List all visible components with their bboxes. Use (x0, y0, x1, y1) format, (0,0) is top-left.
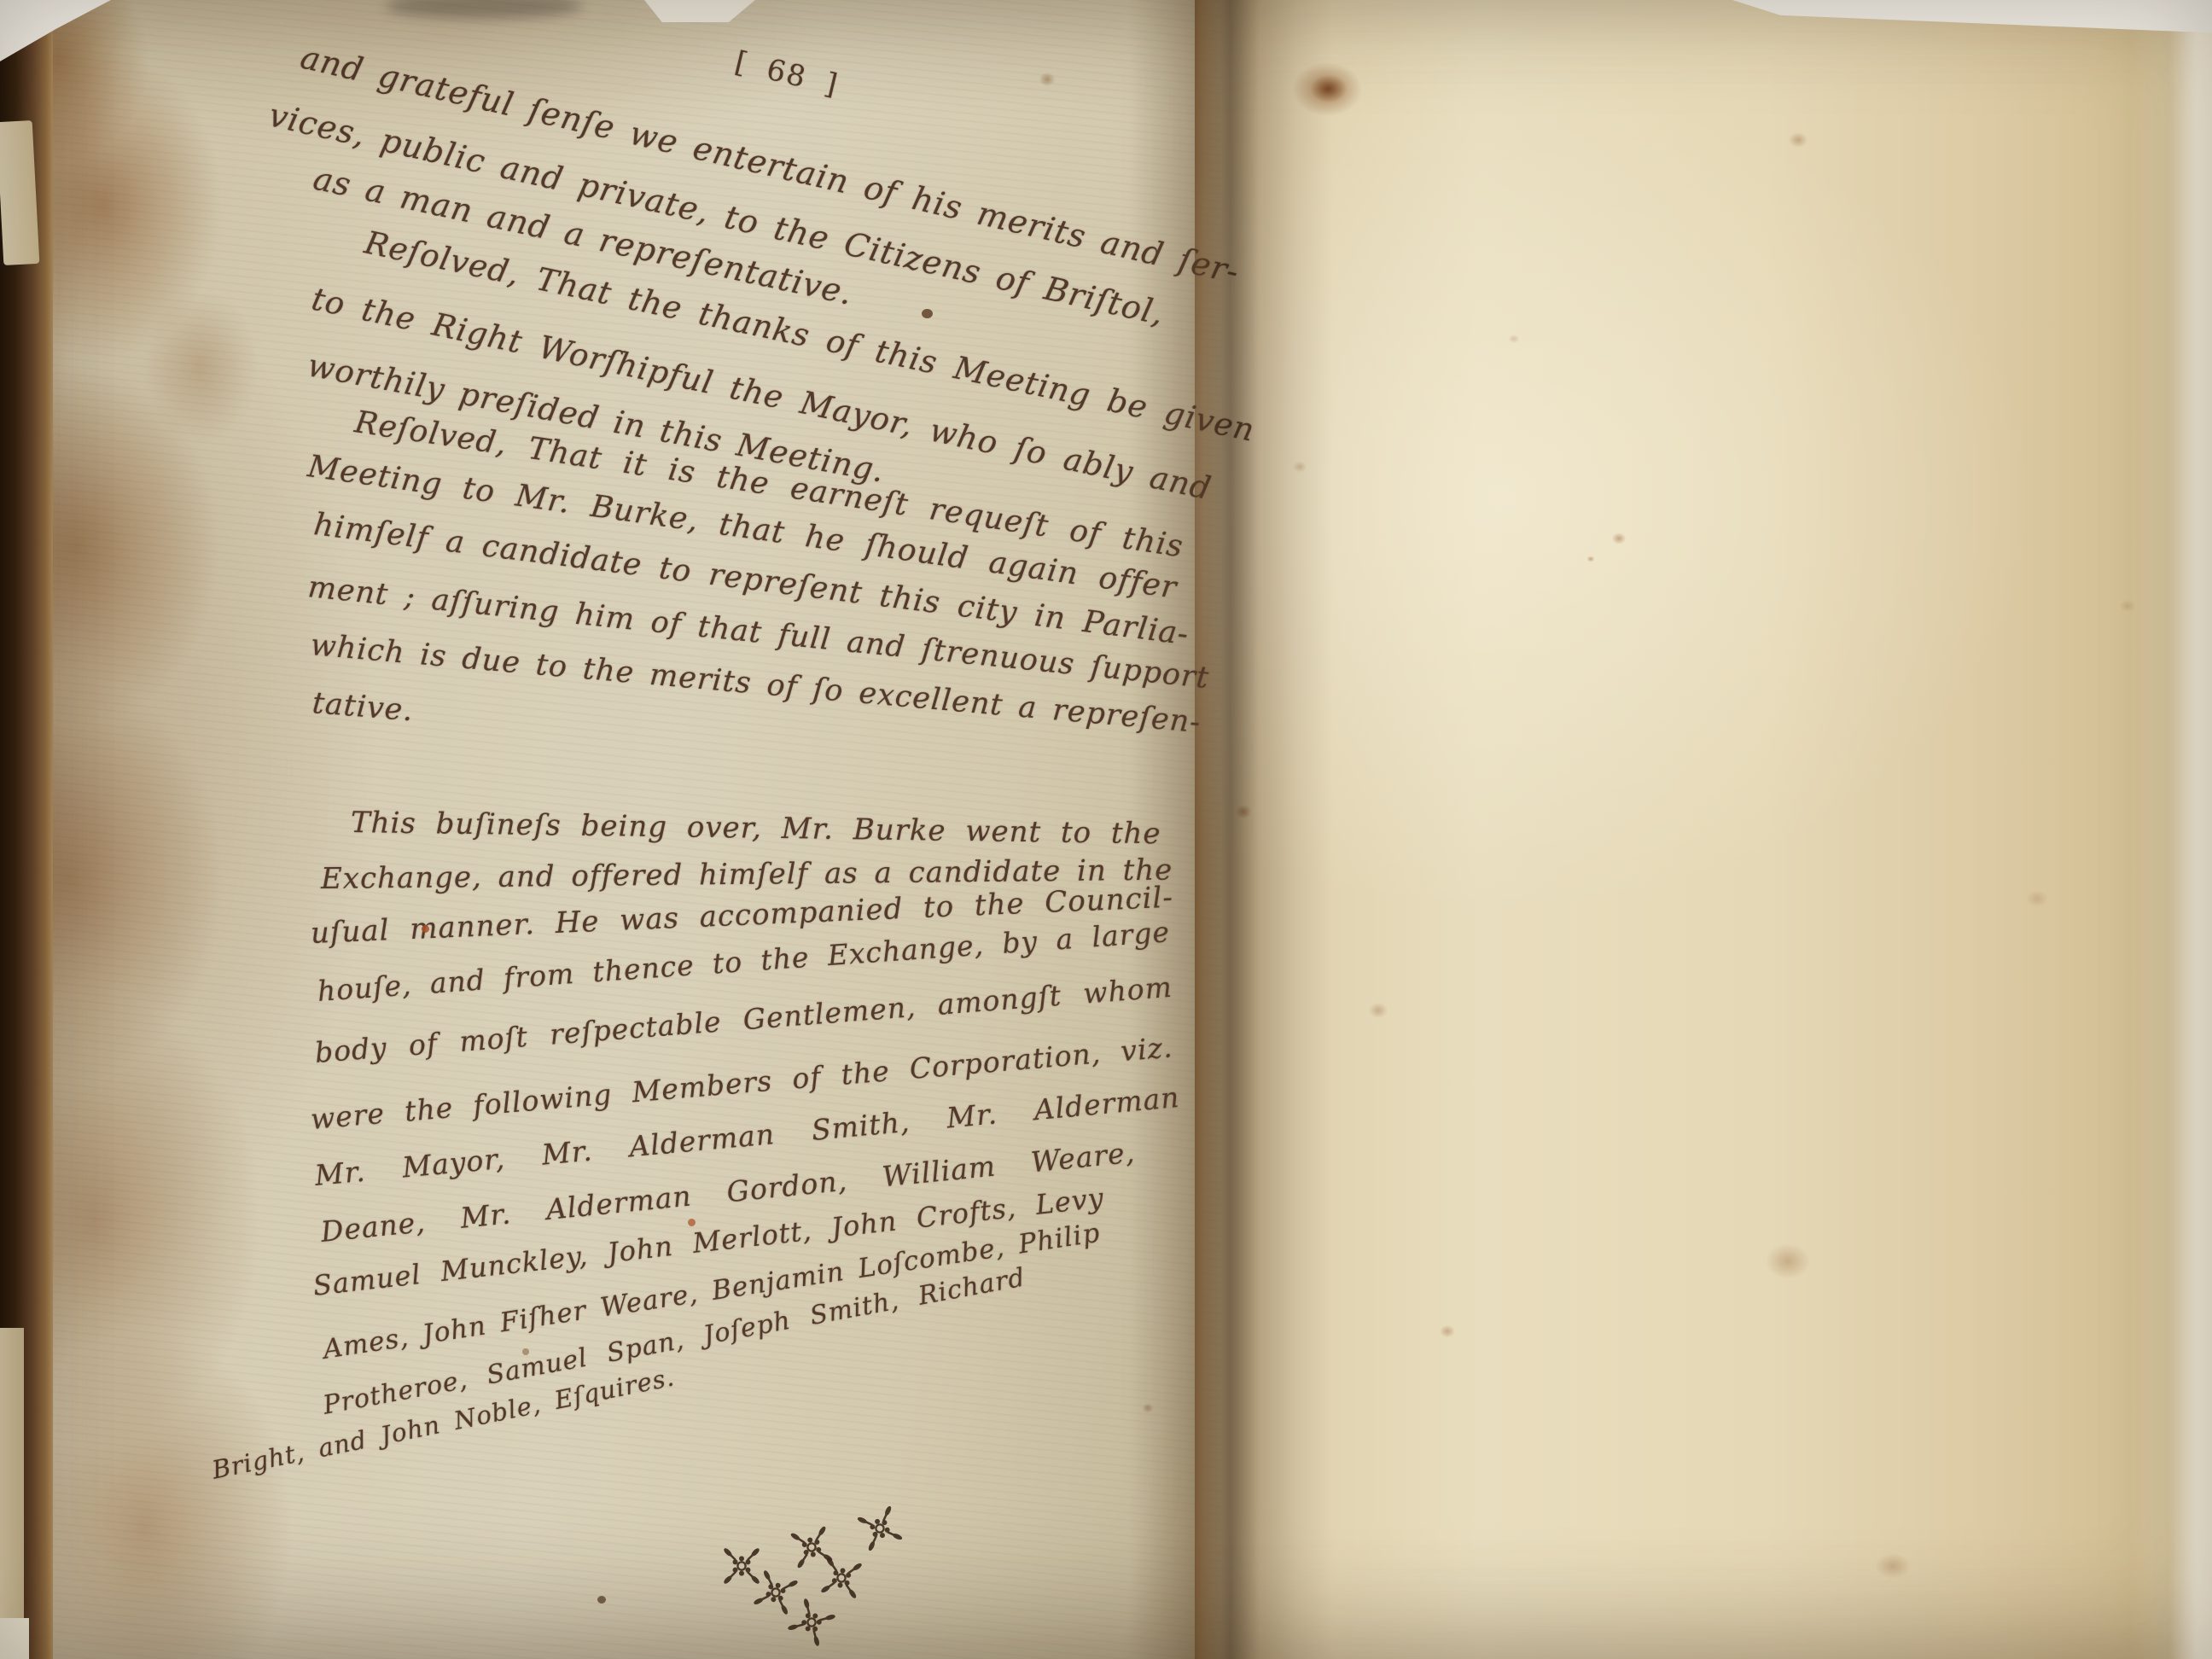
foxing-spot (1586, 555, 1596, 563)
ink-speck (597, 1596, 606, 1604)
ink-speck (922, 309, 933, 318)
foxing-spot (1365, 1000, 1391, 1021)
foxing-spot (1758, 1237, 1818, 1285)
foxing-spot (1869, 1549, 1917, 1583)
backdrop-corner (0, 1618, 29, 1659)
page-edge-tab (0, 1328, 24, 1659)
foxing-spot (1036, 70, 1058, 89)
ink-speck (522, 1348, 529, 1355)
gutter-shadow (1128, 0, 1333, 1659)
stain-overlay (0, 0, 1220, 1659)
book-photo: [ 68 ] and grateful ſenſe we entertain o… (0, 0, 2212, 1659)
foxing-spot (1437, 1323, 1458, 1340)
foxing-spot (1506, 333, 1522, 345)
foxing-spot (1785, 130, 1811, 150)
page-fore-edge (2169, 26, 2212, 1659)
foxing-spot (2023, 888, 2052, 910)
foxing-spot (1610, 531, 1628, 546)
ink-speck (422, 925, 429, 933)
foxing-spot (2116, 597, 2139, 614)
ink-speck (688, 1219, 696, 1226)
right-page (1195, 0, 2212, 1659)
